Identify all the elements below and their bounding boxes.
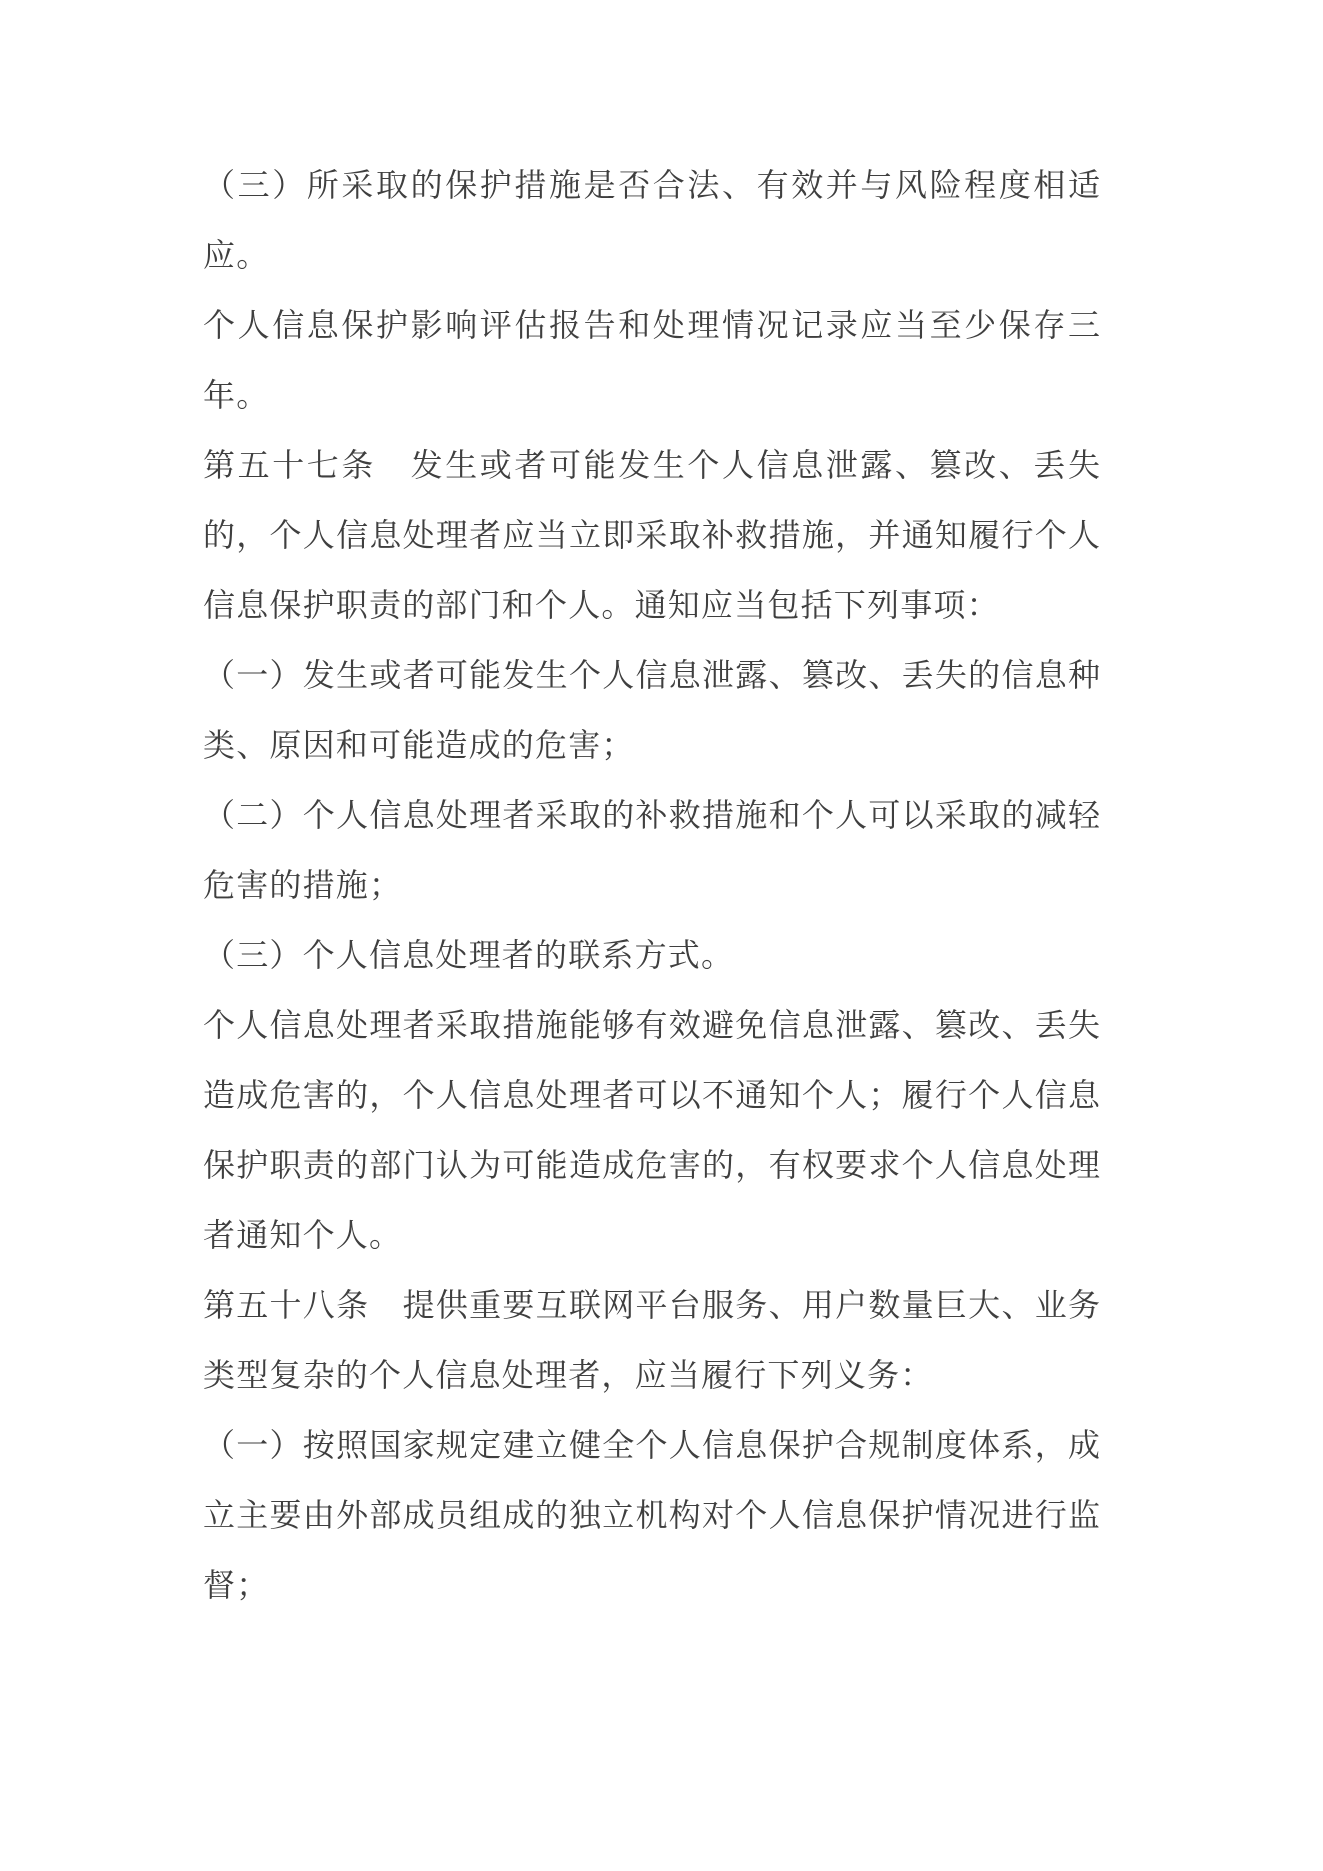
text-line: 个人信息处理者采取措施能够有效避免信息泄露、篡改、丢失 (203, 990, 1100, 1060)
text-line: 危害的措施； (203, 850, 1100, 920)
text-line: 立主要由外部成员组成的独立机构对个人信息保护情况进行监 (203, 1480, 1100, 1550)
text-line: 个人信息保护影响评估报告和处理情况记录应当至少保存三 (203, 290, 1100, 360)
text-line: （一）按照国家规定建立健全个人信息保护合规制度体系，成 (203, 1410, 1100, 1480)
text-line: （二）个人信息处理者采取的补救措施和个人可以采取的减轻 (203, 780, 1100, 850)
text-line: 第五十八条 提供重要互联网平台服务、用户数量巨大、业务 (203, 1270, 1100, 1340)
text-line: （一）发生或者可能发生个人信息泄露、篡改、丢失的信息种 (203, 640, 1100, 710)
text-line: 应。 (203, 220, 1100, 290)
text-line: 督； (203, 1550, 1100, 1620)
text-line: 第五十七条 发生或者可能发生个人信息泄露、篡改、丢失 (203, 430, 1100, 500)
text-line: （三）个人信息处理者的联系方式。 (203, 920, 1100, 990)
text-line: （三）所采取的保护措施是否合法、有效并与风险程度相适 (203, 150, 1100, 220)
text-line: 者通知个人。 (203, 1200, 1100, 1270)
text-line: 年。 (203, 360, 1100, 430)
text-line: 信息保护职责的部门和个人。通知应当包括下列事项： (203, 570, 1100, 640)
text-line: 类型复杂的个人信息处理者，应当履行下列义务： (203, 1340, 1100, 1410)
document-page: （三）所采取的保护措施是否合法、有效并与风险程度相适应。个人信息保护影响评估报告… (0, 0, 1323, 1871)
legal-text-block: （三）所采取的保护措施是否合法、有效并与风险程度相适应。个人信息保护影响评估报告… (203, 150, 1100, 1620)
text-line: 的，个人信息处理者应当立即采取补救措施，并通知履行个人 (203, 500, 1100, 570)
text-line: 保护职责的部门认为可能造成危害的，有权要求个人信息处理 (203, 1130, 1100, 1200)
text-line: 造成危害的，个人信息处理者可以不通知个人；履行个人信息 (203, 1060, 1100, 1130)
text-line: 类、原因和可能造成的危害； (203, 710, 1100, 780)
